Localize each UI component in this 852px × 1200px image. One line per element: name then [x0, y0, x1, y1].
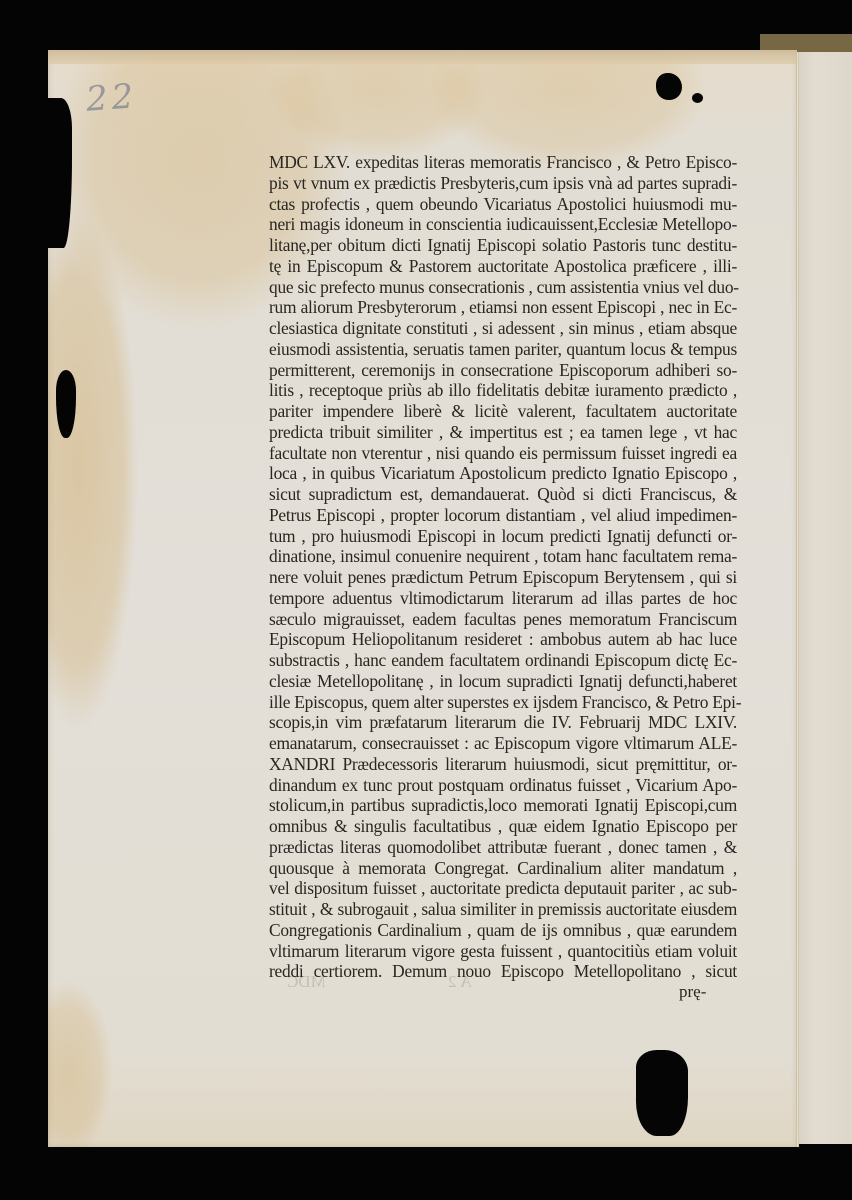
text-line: vel dispositum fuisset , auctoritate pre… — [269, 878, 737, 899]
text-line: facultate non vterentur , nisi quando ei… — [269, 443, 737, 464]
text-line: neri magis idoneum in conscientia iudica… — [269, 214, 737, 235]
text-line: substractis , hanc eandem facultatem ord… — [269, 650, 737, 671]
text-line: Episcopum Heliopolitanum resideret : amb… — [269, 629, 737, 650]
page-gutter-seam — [796, 52, 799, 1147]
text-line: tempore aduentus vltimodictarum literaru… — [269, 588, 737, 609]
text-line: loca , in quibus Vicariatum Apostolicum … — [269, 463, 737, 484]
text-line: ctas profectis , quem obeundo Vicariatus… — [269, 194, 737, 215]
text-line: litanę,per obitum dicti Ignatij Episcopi… — [269, 235, 737, 256]
text-line: omnibus & singulis facultatibus , quæ ei… — [269, 816, 737, 837]
text-line: litis , receptoque priùs ab illo fidelit… — [269, 380, 737, 401]
text-line: tum , pro huiusmodi Episcopi in locum pr… — [269, 526, 737, 547]
wormhole-bottom — [636, 1050, 688, 1136]
text-line: sicut supradictum est, demandauerat. Quò… — [269, 484, 737, 505]
text-line: scopis,in vim præfatarum literarum die I… — [269, 712, 737, 733]
text-line: eiusmodi assistentia, seruatis tamen par… — [269, 339, 737, 360]
text-line: clesiæ Metellopolitanę , in locum suprad… — [269, 671, 737, 692]
text-line: rum aliorum Presbyterorum , etiamsi non … — [269, 297, 737, 318]
torn-edge-upper — [44, 98, 72, 248]
text-line: vltimarum literarum vigore gesta fuissen… — [269, 941, 737, 962]
wormhole-top-large — [656, 73, 682, 100]
text-line: Congregationis Cardinalium , quam de ijs… — [269, 920, 737, 941]
text-line: ille Episcopus, quem alter superstes ex … — [269, 692, 737, 713]
text-line: emanatarum, consecrauisset : ac Episcopu… — [269, 733, 737, 754]
text-line: permitterent, ceremonijs in consecration… — [269, 360, 737, 381]
text-line: stituit , & subrogauit , salua similiter… — [269, 899, 737, 920]
text-line: que sic prefecto munus consecrationis , … — [269, 277, 737, 298]
wormhole-top-small — [692, 93, 703, 103]
text-line: predicta tribuit similiter , & impertitu… — [269, 422, 737, 443]
text-line: prædictas literas quomodolibet attributæ… — [269, 837, 737, 858]
text-line: reddi certiorem. Demum nouo Episcopo Met… — [269, 961, 737, 982]
text-line: stolicum,in partibus supradictis,loco me… — [269, 795, 737, 816]
text-line: quousque à memorata Congregat. Cardinali… — [269, 858, 737, 879]
body-text: MDC LXV. expeditas literas memoratis Fra… — [269, 152, 737, 982]
text-line: clesiastica dignitate constituti , si ad… — [269, 318, 737, 339]
text-line: nere voluit penes prædictum Petrum Episc… — [269, 567, 737, 588]
text-line: pis vt vnum ex prædictis Presbyteris,cum… — [269, 173, 737, 194]
text-line: sæculo migrauisset, eadem facultas penes… — [269, 609, 737, 630]
text-line: MDC LXV. expeditas literas memoratis Fra… — [269, 152, 737, 173]
text-line: tę in Episcopum & Pastorem auctoritate A… — [269, 256, 737, 277]
adjacent-page — [797, 52, 852, 1144]
text-line: pariter impendere liberè & licitè valere… — [269, 401, 737, 422]
handwritten-margin-note: 22 — [85, 76, 139, 119]
catchword: prę- — [679, 982, 706, 1002]
text-line: XANDRI Prædecessoris literarum huiusmodi… — [269, 754, 737, 775]
page-top-stain — [48, 50, 797, 64]
text-line: Petrus Episcopi , propter locorum distan… — [269, 505, 737, 526]
text-line: dinatione, insimul conuenire nequirent ,… — [269, 546, 737, 567]
text-line: dinandum ex tunc prout postquam ordinatu… — [269, 775, 737, 796]
